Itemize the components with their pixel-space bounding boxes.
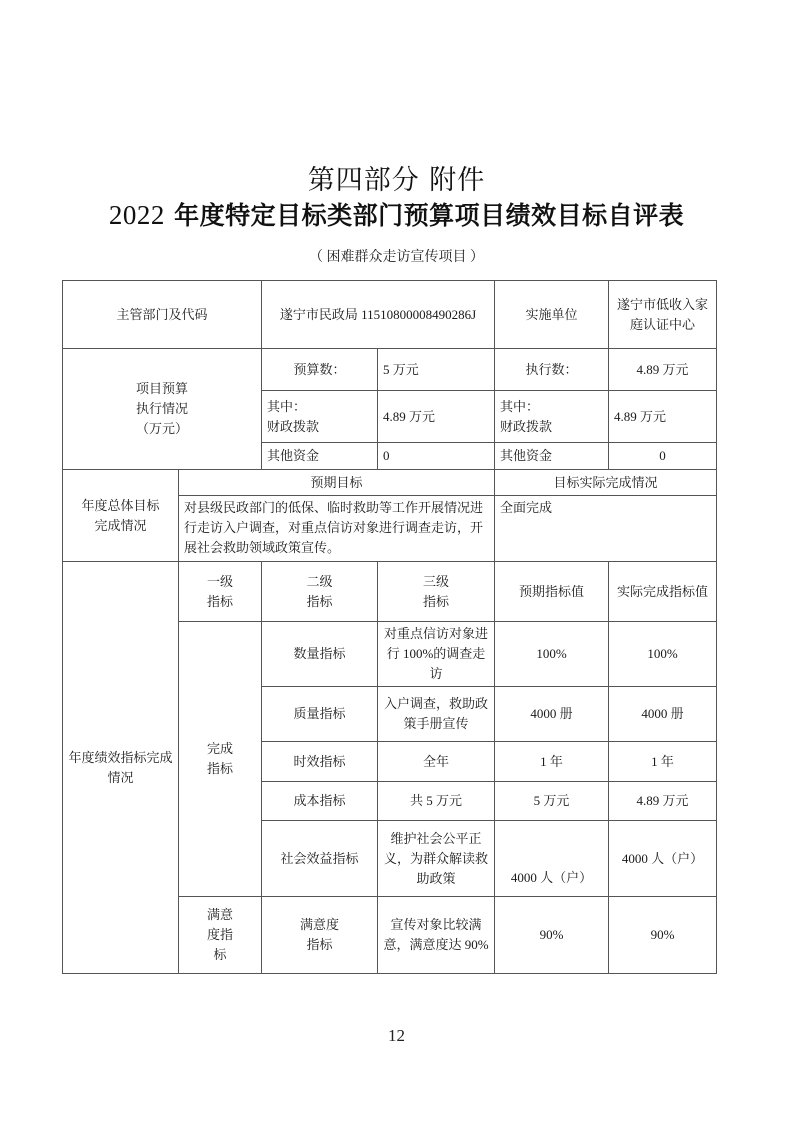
level2-cell: 质量指标 — [262, 687, 378, 742]
other-funds-budget: 0 — [378, 443, 495, 470]
expected-goal-header: 预期目标 — [179, 470, 495, 496]
level1-satisfaction-text: 满意度指标 — [206, 905, 235, 965]
level1-completion-text: 完成指标 — [206, 739, 235, 779]
budget-label: 项目预算 执行情况 （万元） — [63, 349, 262, 470]
table-row-budget: 项目预算 执行情况 （万元） 预算数： 5 万元 执行数： 4.89 万元 — [63, 349, 717, 391]
fiscal-label-line: 其中： — [500, 397, 603, 417]
level3-cell: 入户调查，救助政策手册宣传 — [378, 687, 495, 742]
document-title-text: 年度特定目标类部门预算项目绩效目标自评表 — [174, 201, 684, 230]
level1-satisfaction: 满意度指标 — [179, 897, 262, 974]
budget-label-line: （万元） — [68, 419, 256, 439]
annual-goal-label-line: 年度总体目标 — [68, 496, 173, 516]
table-row-department: 主管部门及代码 遂宁市民政局 11510800008490286J 实施单位 遂… — [63, 281, 717, 349]
expected-value: 4000 人（户） — [495, 821, 609, 897]
annual-goal-label: 年度总体目标 完成情况 — [63, 470, 179, 562]
level2-cell-text: 满意度指标 — [299, 915, 341, 955]
dept-label: 主管部门及代码 — [63, 281, 262, 349]
project-name: （ 困难群众走访宣传项目 ） — [0, 246, 793, 266]
level2-cell: 数量指标 — [262, 622, 378, 687]
fiscal-budget-value: 4.89 万元 — [378, 391, 495, 443]
impl-unit-value: 遂宁市低收入家庭认证中心 — [609, 281, 717, 349]
page-number: 12 — [0, 1026, 793, 1046]
impl-unit-label: 实施单位 — [495, 281, 609, 349]
actual-value: 4000 册 — [609, 687, 717, 742]
fiscal-label-line: 其中： — [267, 397, 372, 417]
budget-amount-label: 预算数： — [262, 349, 378, 391]
self-evaluation-table: 主管部门及代码 遂宁市民政局 11510800008490286J 实施单位 遂… — [62, 280, 717, 974]
actual-goal-header: 目标实际完成情况 — [495, 470, 717, 496]
expected-value: 90% — [495, 897, 609, 974]
level2-cell: 社会效益指标 — [262, 821, 378, 897]
expected-value: 5 万元 — [495, 782, 609, 821]
fiscal-exec-value: 4.89 万元 — [609, 391, 717, 443]
annual-goal-label-line: 完成情况 — [68, 516, 173, 536]
level3-cell: 全年 — [378, 742, 495, 782]
actual-value: 4000 人（户） — [609, 821, 717, 897]
exec-amount-label: 执行数： — [495, 349, 609, 391]
expected-value: 1 年 — [495, 742, 609, 782]
dept-value: 遂宁市民政局 11510800008490286J — [262, 281, 495, 349]
actual-value: 100% — [609, 622, 717, 687]
level3-cell: 共 5 万元 — [378, 782, 495, 821]
fiscal-label-line: 财政拨款 — [267, 417, 372, 437]
expected-value: 4000 册 — [495, 687, 609, 742]
actual-value-header: 实际完成指标值 — [609, 562, 717, 622]
expected-value-header: 预期指标值 — [495, 562, 609, 622]
table-row-indicator-header: 年度绩效指标完成情况 一级指标 二级指标 三级指标 预期指标值 实际完成指标值 — [63, 562, 717, 622]
level2-cell: 时效指标 — [262, 742, 378, 782]
level1-completion: 完成指标 — [179, 622, 262, 897]
actual-goal-text: 全面完成 — [495, 496, 717, 562]
actual-value: 90% — [609, 897, 717, 974]
level1-header: 一级指标 — [179, 562, 262, 622]
level1-header-text: 一级指标 — [206, 572, 235, 612]
document-title: 2022 年度特定目标类部门预算项目绩效目标自评表 — [0, 196, 793, 232]
fiscal-exec-label: 其中： 财政拨款 — [495, 391, 609, 443]
part-title: 第四部分 附件 — [0, 158, 793, 197]
budget-label-line: 执行情况 — [68, 399, 256, 419]
other-funds-label: 其他资金 — [262, 443, 378, 470]
fiscal-label: 其中： 财政拨款 — [262, 391, 378, 443]
level2-header-text: 二级指标 — [305, 572, 334, 612]
level2-header: 二级指标 — [262, 562, 378, 622]
level2-cell: 成本指标 — [262, 782, 378, 821]
actual-value: 4.89 万元 — [609, 782, 717, 821]
budget-label-line: 项目预算 — [68, 379, 256, 399]
other-funds-exec: 0 — [609, 443, 717, 470]
indicators-label: 年度绩效指标完成情况 — [63, 562, 179, 974]
level3-cell: 维护社会公平正义，为群众解读救助政策 — [378, 821, 495, 897]
level2-cell: 满意度指标 — [262, 897, 378, 974]
document-year: 2022 — [109, 200, 165, 230]
level3-cell: 对重点信访对象进行 100%的调查走访 — [378, 622, 495, 687]
expected-value: 100% — [495, 622, 609, 687]
other-funds-exec-label: 其他资金 — [495, 443, 609, 470]
budget-amount-value: 5 万元 — [378, 349, 495, 391]
level3-cell: 宣传对象比较满意，满意度达 90% — [378, 897, 495, 974]
fiscal-label-line: 财政拨款 — [500, 417, 603, 437]
table-row-goal-header: 年度总体目标 完成情况 预期目标 目标实际完成情况 — [63, 470, 717, 496]
exec-amount-value: 4.89 万元 — [609, 349, 717, 391]
expected-goal-text: 对县级民政部门的低保、临时救助等工作开展情况进行走访入户调查，对重点信访对象进行… — [179, 496, 495, 562]
level3-header: 三级指标 — [378, 562, 495, 622]
level3-header-text: 三级指标 — [422, 572, 451, 612]
actual-value: 1 年 — [609, 742, 717, 782]
